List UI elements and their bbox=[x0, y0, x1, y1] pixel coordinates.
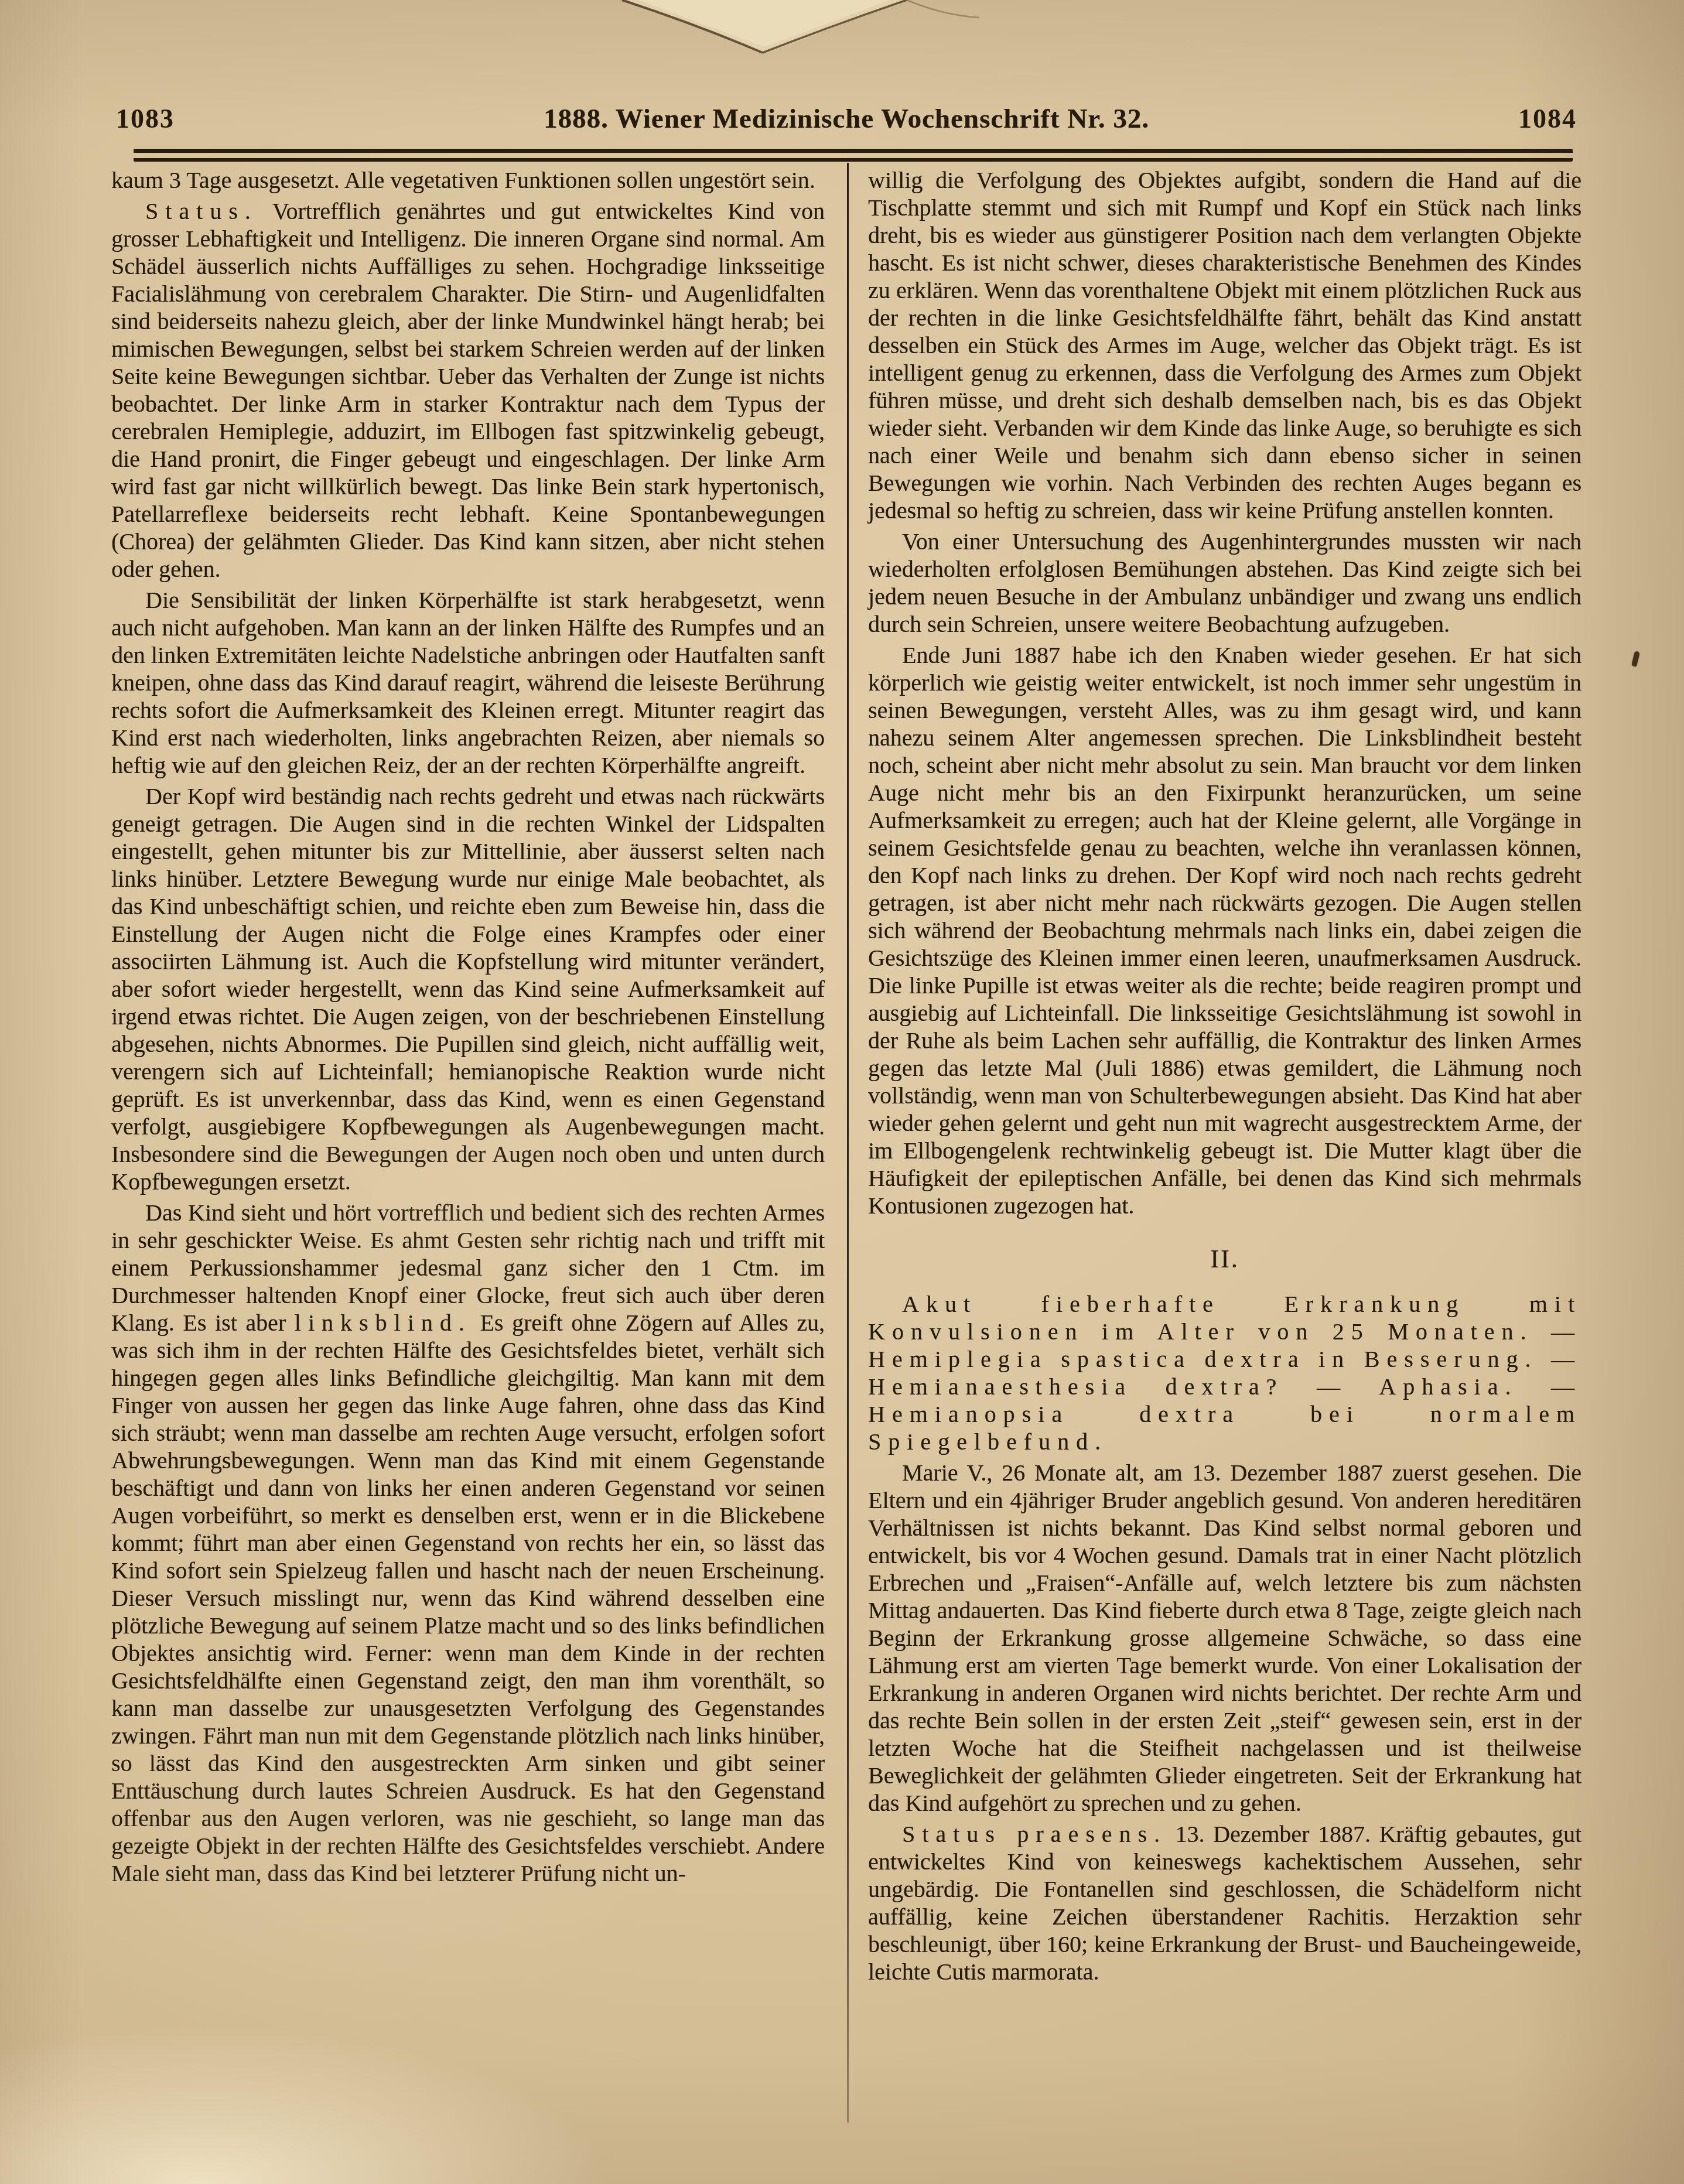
paragraph: Von einer Untersuchung des Augenhintergr… bbox=[868, 528, 1581, 638]
paragraph: willig die Verfolgung des Objektes aufgi… bbox=[868, 166, 1581, 524]
left-column: kaum 3 Tage ausgesetzt. Alle vegetativen… bbox=[111, 166, 825, 1891]
body-text: Die Sensibilität der linken Körperhälfte… bbox=[111, 587, 825, 778]
body-text: willig die Verfolgung des Objektes aufgi… bbox=[868, 167, 1581, 524]
section-heading: II. bbox=[868, 1245, 1581, 1273]
header-double-rule bbox=[134, 149, 1573, 162]
emphasized-text: Akut fieberhafte Erkrankung mit Konvulsi… bbox=[868, 1291, 1581, 1455]
body-text: Marie V., 26 Monate alt, am 13. Dezember… bbox=[868, 1460, 1581, 1816]
body-text: Es greift ohne Zögern auf Alles zu, was … bbox=[111, 1310, 825, 1886]
journal-page: 1083 1888. Wiener Medizinische Wochensch… bbox=[0, 0, 1684, 2184]
emphasized-text: Status praesens. bbox=[902, 1821, 1167, 1847]
paragraph: Status praesens. 13. Dezember 1887. Kräf… bbox=[868, 1820, 1581, 1985]
paragraph: Die Sensibilität der linken Körperhälfte… bbox=[111, 586, 825, 779]
journal-title: 1888. Wiener Medizinische Wochenschrift … bbox=[111, 103, 1581, 135]
right-column: willig die Verfolgung des Objektes aufgi… bbox=[868, 166, 1581, 1989]
paragraph: Marie V., 26 Monate alt, am 13. Dezember… bbox=[868, 1459, 1581, 1817]
body-text: Vortrefflich genährtes und gut entwickel… bbox=[111, 198, 825, 582]
paragraph: Das Kind sieht und hört vortrefflich und… bbox=[111, 1199, 825, 1887]
column-divider-rule bbox=[847, 163, 849, 2123]
body-text: Ende Juni 1887 habe ich den Knaben wiede… bbox=[868, 642, 1581, 1219]
body-text: kaum 3 Tage ausgesetzt. Alle vegetativen… bbox=[111, 167, 815, 193]
emphasized-text: linksblind. bbox=[295, 1310, 472, 1336]
paragraph: Akut fieberhafte Erkrankung mit Konvulsi… bbox=[868, 1290, 1581, 1455]
ink-mark bbox=[1631, 651, 1640, 667]
body-text: Der Kopf wird beständig nach rechts gedr… bbox=[111, 783, 825, 1195]
body-text: Von einer Untersuchung des Augenhintergr… bbox=[868, 528, 1581, 637]
paragraph: Der Kopf wird beständig nach rechts gedr… bbox=[111, 782, 825, 1195]
emphasized-text: Status. bbox=[145, 198, 258, 224]
page-header: 1083 1888. Wiener Medizinische Wochensch… bbox=[111, 103, 1581, 141]
page-fold-artifact bbox=[586, 0, 1031, 76]
paragraph: Ende Juni 1887 habe ich den Knaben wiede… bbox=[868, 641, 1581, 1219]
paragraph: kaum 3 Tage ausgesetzt. Alle vegetativen… bbox=[111, 166, 825, 194]
paragraph: Status. Vortrefflich genährtes und gut e… bbox=[111, 197, 825, 583]
body-text: II. bbox=[1210, 1245, 1239, 1273]
right-page-number: 1084 bbox=[1518, 103, 1577, 134]
